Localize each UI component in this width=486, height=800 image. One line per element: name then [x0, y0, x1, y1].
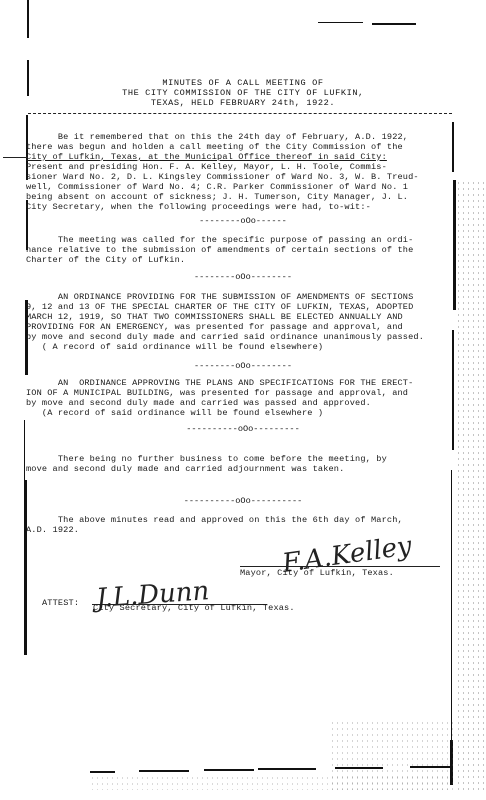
paragraph-3-line: by move and second duly made and carried…: [26, 332, 424, 342]
document-title-line-2: THE CITY COMMISSION OF THE CITY OF LUFKI…: [0, 88, 486, 98]
paragraph-1-line: there was begun and holden a call meetin…: [26, 142, 403, 152]
paragraph-1-line: being absent on account of sickness; J. …: [26, 192, 408, 202]
scan-noise: [90, 775, 450, 790]
paragraph-1-line: City of Lufkin, Texas, at the Municipal …: [26, 152, 387, 162]
paragraph-2-line: nance relative to the submission of amen…: [26, 245, 413, 255]
secretary-caption: City Secretary, City of Lufkin, Texas.: [93, 603, 295, 613]
attest-label: ATTEST:: [42, 598, 79, 608]
paragraph-3-line: ( A record of said ordinance will be fou…: [26, 342, 323, 352]
section-separator: --------oOo------: [0, 216, 486, 226]
bottom-edge-mark: [258, 768, 316, 770]
mayor-signature-line: [240, 566, 440, 567]
paragraph-1-line: Present and presiding Hon. F. A. Kelley,…: [26, 162, 387, 172]
paragraph-1-line: Be it remembered that on this the 24th d…: [26, 132, 408, 142]
bottom-edge-mark: [90, 771, 115, 773]
scan-mark: [372, 23, 416, 25]
scanned-document-page: MINUTES OF A CALL MEETING OF THE CITY CO…: [0, 0, 486, 800]
bottom-edge-mark: [335, 767, 383, 769]
section-separator: --------oOo--------: [0, 272, 486, 282]
paragraph-4-line: AN ORDINANCE APPROVING THE PLANS AND SPE…: [26, 378, 413, 388]
paragraph-5-line: move and second duly made and carried ad…: [26, 464, 344, 474]
paragraph-1-line: sioner Ward No. 2, D. L. Kingsley Commis…: [26, 172, 419, 182]
paragraph-3-line: PROVIDING FOR AN EMERGENCY, was presente…: [26, 322, 403, 332]
paragraph-2-line: Charter of the City of Lufkin.: [26, 255, 185, 265]
paragraph-6-line: A.D. 1922.: [26, 525, 79, 535]
left-margin-mark: [27, 0, 29, 38]
paragraph-5-line: There being no further business to come …: [26, 454, 387, 464]
right-margin-mark: [452, 122, 454, 172]
bottom-edge-mark: [139, 770, 189, 772]
bottom-edge-mark: [204, 769, 254, 771]
document-title-line-3: TEXAS, HELD FEBRUARY 24th, 1922.: [0, 98, 486, 108]
mayor-caption: Mayor, City of Lufkin, Texas.: [240, 568, 394, 578]
paragraph-4-line: by move and second duly made and carried…: [26, 398, 371, 408]
paragraph-4-line: ION OF A MUNICIPAL BUILDING, was present…: [26, 388, 408, 398]
paragraph-3-line: MARCH 12, 1919, SO THAT TWO COMMISSIONER…: [26, 312, 403, 322]
bottom-edge-mark: [410, 766, 452, 768]
paragraph-1-line: City Secretary, when the following proce…: [26, 202, 371, 212]
section-separator: ----------oOo---------: [0, 424, 486, 434]
paragraph-4-line: (A record of said ordinance will be foun…: [26, 408, 323, 418]
paragraph-6-line: The above minutes read and approved on t…: [26, 515, 403, 525]
section-separator: --------oOo--------: [0, 361, 486, 371]
paragraph-1-line: well, Commissioner of Ward No. 4; C.R. P…: [26, 182, 408, 192]
paragraph-3-line: AN ORDINANCE PROVIDING FOR THE SUBMISSIO…: [26, 292, 413, 302]
title-divider: [28, 113, 452, 114]
scan-mark: [318, 22, 363, 23]
document-title-line-1: MINUTES OF A CALL MEETING OF: [0, 78, 486, 88]
section-separator: ----------oOo----------: [0, 496, 486, 506]
paragraph-3-line: 9, 12 and 13 OF THE SPECIAL CHARTER OF T…: [26, 302, 413, 312]
left-margin-tick: [3, 157, 28, 158]
paragraph-2-line: The meeting was called for the specific …: [26, 235, 413, 245]
left-margin-mark: [24, 480, 27, 655]
